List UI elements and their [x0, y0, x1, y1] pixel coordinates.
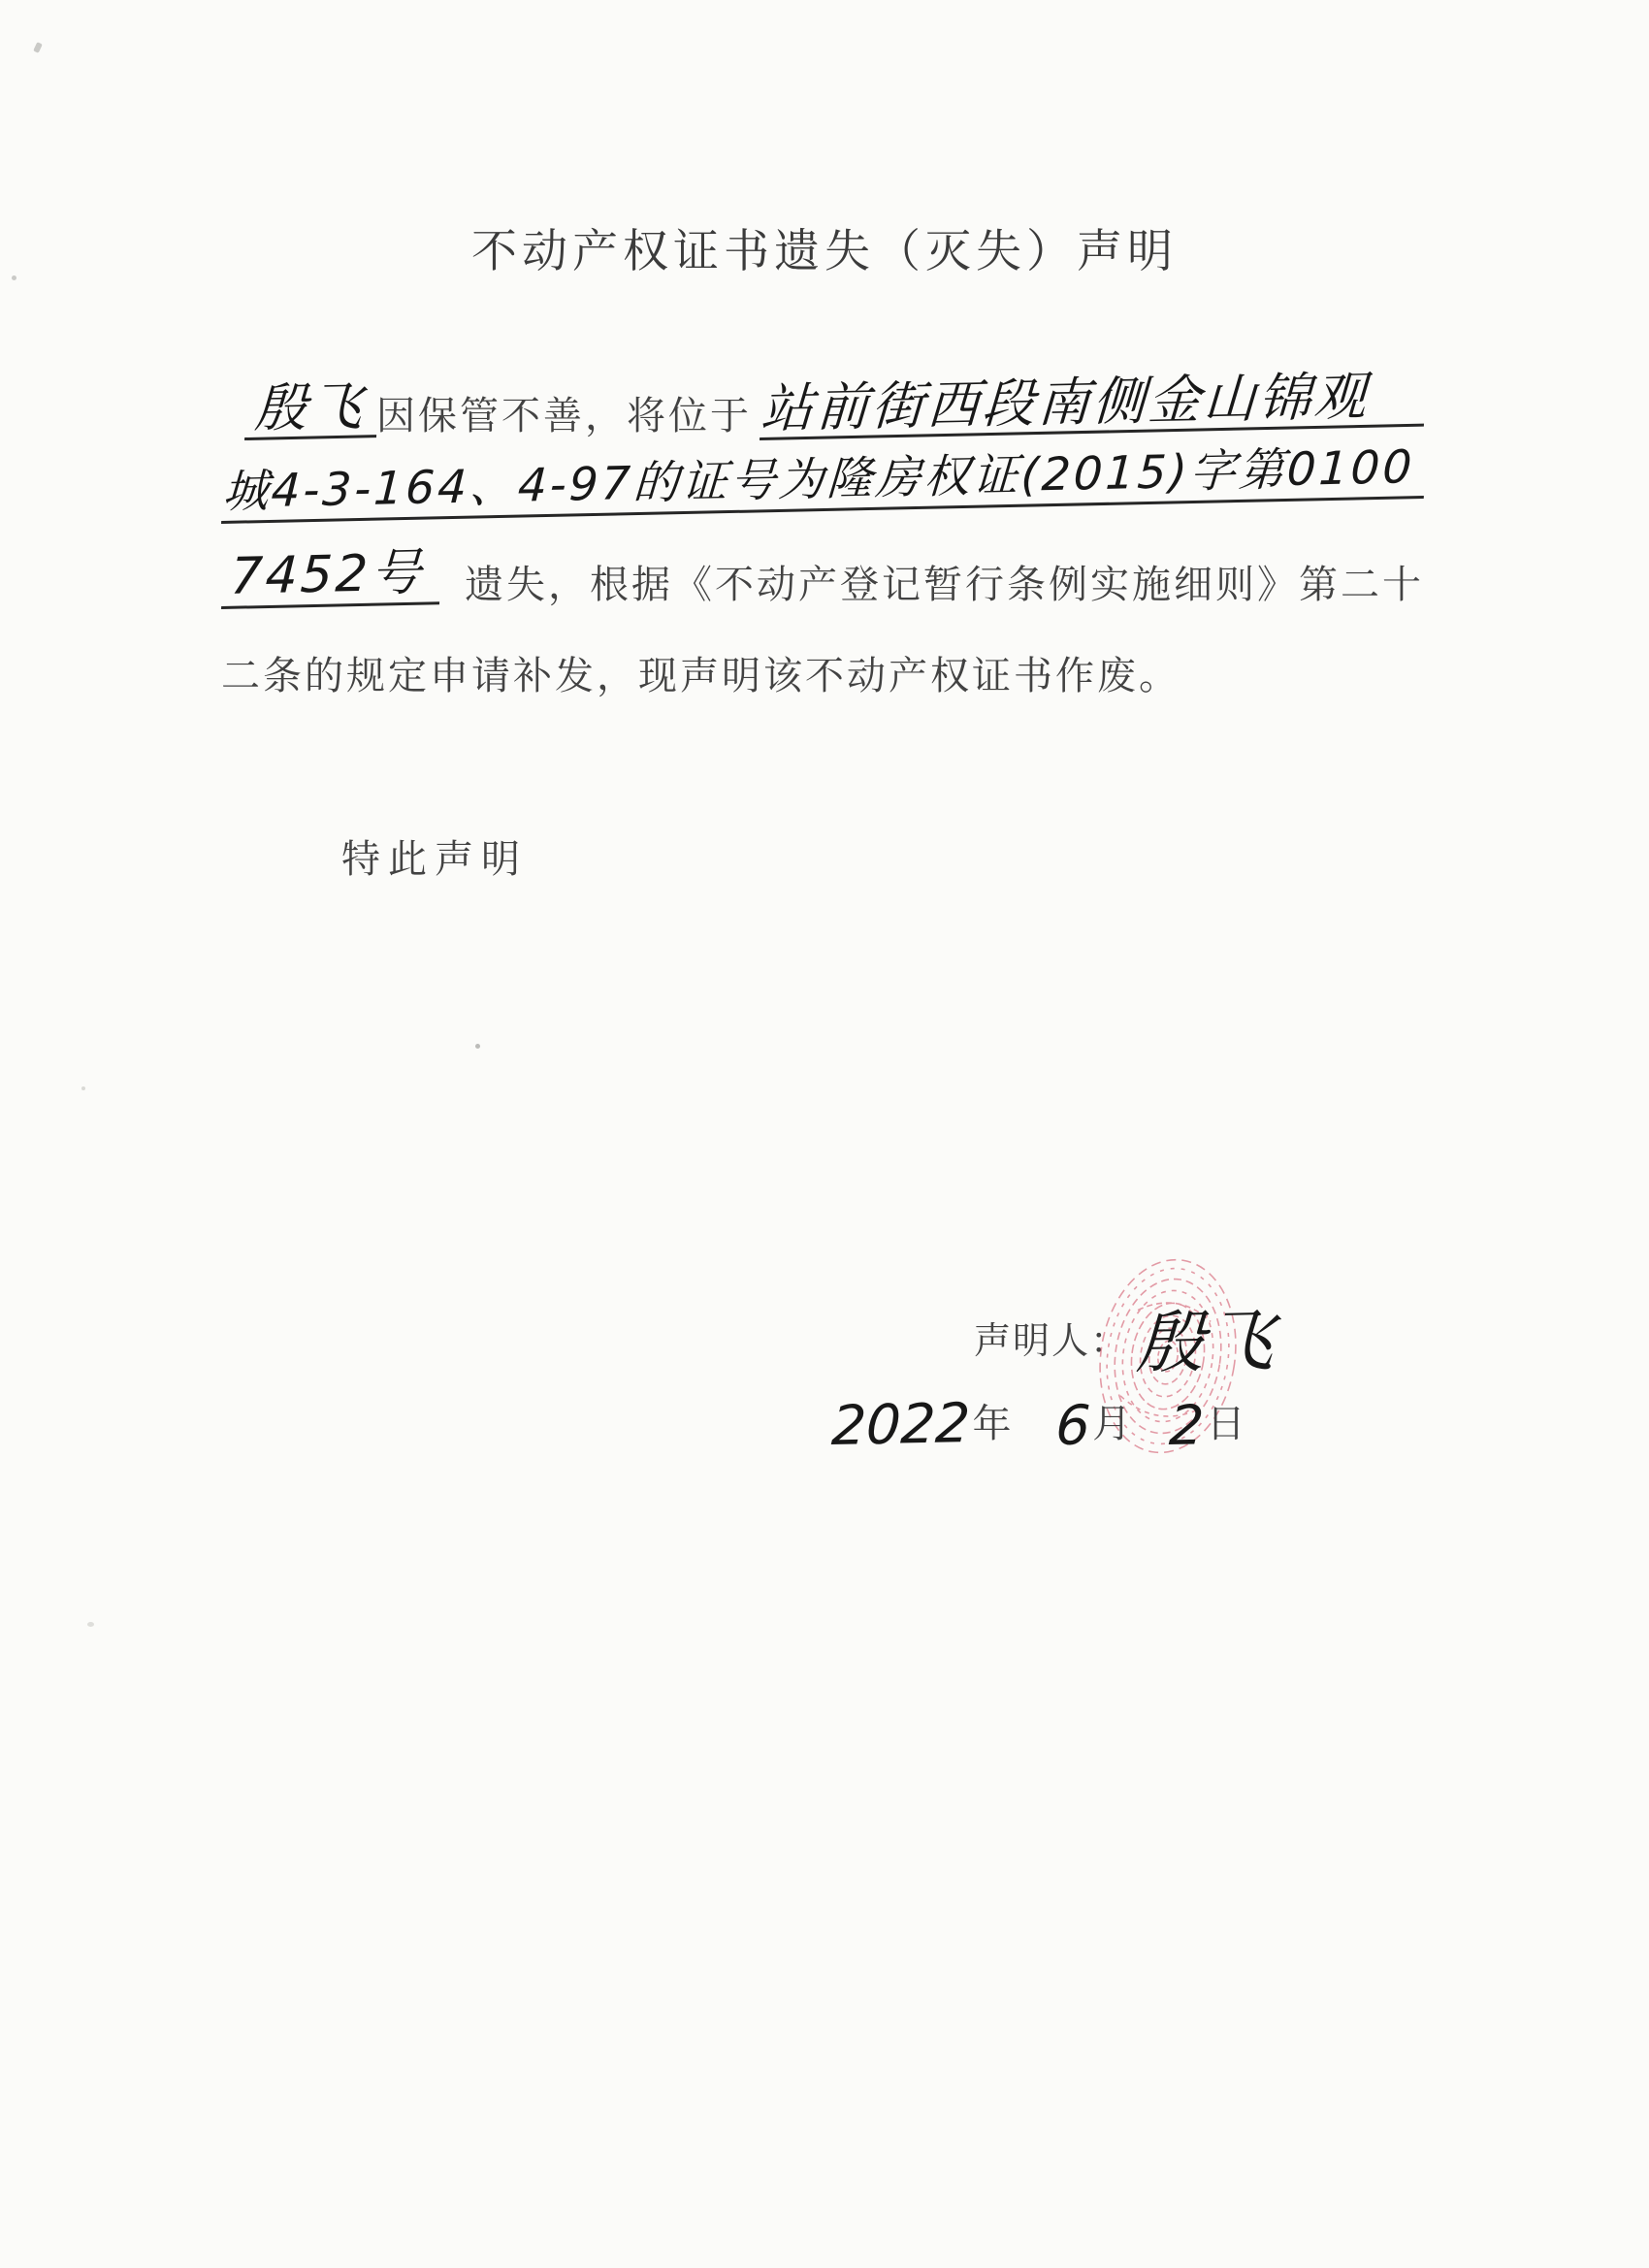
scan-artifact [33, 42, 43, 53]
handwritten-month: 6 [1054, 1399, 1091, 1454]
day-unit-label: 日 [1207, 1393, 1245, 1448]
scan-artifact [12, 275, 16, 280]
handwritten-certificate-number-tail: 7452号 [221, 547, 442, 609]
printed-text-segment: 二条的规定申请补发，现声明该不动产权证书作废。 [221, 645, 1180, 700]
scan-artifact [81, 1086, 85, 1090]
paragraph-line-1: 殷飞 因保管不善，将位于 站前街西段南侧金山锦观 [221, 382, 1424, 440]
handwritten-day: 2 [1168, 1399, 1205, 1454]
document-title: 不动产权证书遗失（灭失）声明 [0, 215, 1649, 280]
handwritten-property-location: 站前街西段南侧金山锦观 [760, 370, 1427, 440]
scan-artifact [87, 1622, 94, 1627]
handwritten-certificate-number: 城4-3-164、4-97的证号为隆房权证(2015)字第0100 [221, 444, 1426, 524]
date-line: 2022 年 6 月 2 日 [830, 1393, 1255, 1448]
closing-statement: 特此声明 [341, 828, 528, 884]
scan-artifact [475, 1044, 480, 1049]
year-unit-label: 年 [973, 1393, 1012, 1448]
month-unit-label: 月 [1092, 1393, 1131, 1448]
handwritten-declarant-name: 殷飞 [244, 380, 379, 440]
paragraph-line-3: 7452号 遗失，根据《不动产登记暂行条例实施细则》第二十 [221, 551, 1424, 609]
paragraph-line-4: 二条的规定申请补发，现声明该不动产权证书作废。 [221, 642, 1424, 700]
handwritten-year: 2022 [830, 1397, 971, 1454]
printed-text-segment: 因保管不善，将位于 [376, 385, 752, 440]
handwritten-signature: 殷飞 [1135, 1307, 1277, 1377]
paragraph-line-2: 城4-3-164、4-97的证号为隆房权证(2015)字第0100 [221, 466, 1424, 524]
printed-text-segment: 遗失，根据《不动产登记暂行条例实施细则》第二十 [465, 554, 1424, 609]
scanned-document-page: 不动产权证书遗失（灭失）声明 殷飞 因保管不善，将位于 站前街西段南侧金山锦观 … [0, 0, 1649, 2268]
